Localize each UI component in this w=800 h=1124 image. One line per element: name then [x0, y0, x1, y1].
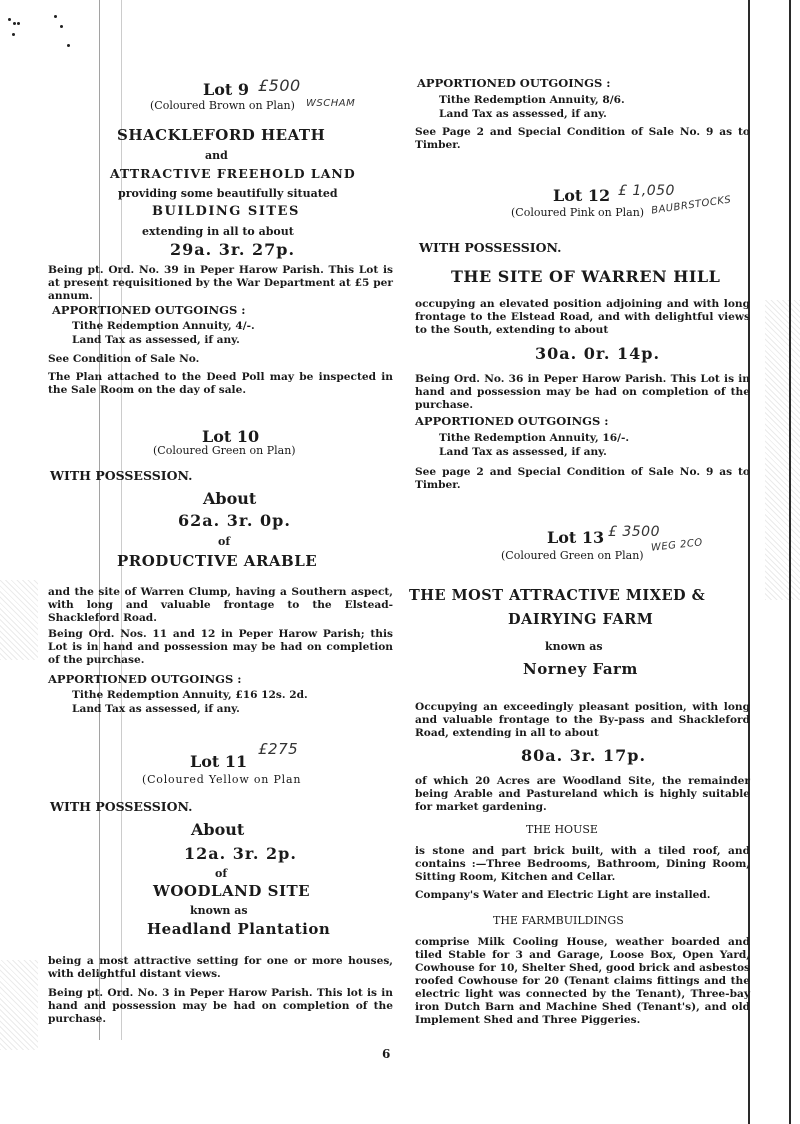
- catalogue-page: Lot 9 £500 (Coloured Brown on Plan) WSCH…: [0, 0, 800, 1124]
- scan-speck: [67, 44, 70, 47]
- lot-10-outgoings-heading: APPORTIONED OUTGOINGS :: [48, 672, 242, 686]
- lot-11-about: About: [191, 820, 244, 839]
- lot-13-heading-dairying-farm: DAIRYING FARM: [508, 611, 653, 628]
- scan-noise: [765, 300, 800, 600]
- lot-13-farmbuildings-heading: THE FARMBUILDINGS: [493, 914, 624, 927]
- lot-13-land-use: of which 20 Acres are Woodland Site, the…: [415, 775, 750, 814]
- page-number: 6: [382, 1047, 390, 1061]
- lot-13-heading-mixed: THE MOST ATTRACTIVE MIXED &: [409, 587, 705, 604]
- lot-9-land-tax: Land Tax as assessed, if any.: [48, 334, 240, 347]
- lot-12-tithe: Tithe Redemption Annuity, 16/-.: [415, 432, 629, 445]
- lot-10-possession: WITH POSSESSION.: [50, 468, 192, 483]
- lot-12-timber-note: See page 2 and Special Condition of Sale…: [415, 466, 750, 492]
- scan-noise: [0, 580, 38, 660]
- lot-11-land-tax: Land Tax as assessed, if any.: [415, 108, 607, 121]
- lot-9-extending: extending in all to about: [142, 225, 294, 238]
- lot-11-label: Lot 11: [190, 752, 247, 771]
- lot-11-timber-note: See Page 2 and Special Condition of Sale…: [415, 126, 750, 152]
- lot-13-farmbuildings-description: comprise Milk Cooling House, weather boa…: [415, 936, 750, 1027]
- scan-speck: [12, 33, 15, 36]
- lot-9-plan-note: The Plan attached to the Deed Poll may b…: [48, 371, 393, 397]
- lot-9-providing: providing some beautifully situated: [118, 187, 338, 200]
- lot-9-label: Lot 9: [203, 80, 249, 99]
- lot-10-plan-colour: (Coloured Green on Plan): [153, 444, 296, 457]
- lot-10-tithe: Tithe Redemption Annuity, £16 12s. 2d.: [48, 689, 308, 702]
- lot-13-house-description: is stone and part brick built, with a ti…: [415, 845, 750, 884]
- lot-11-heading-woodland-site: WOODLAND SITE: [153, 882, 310, 900]
- lot-12-area: 30a. 0r. 14p.: [535, 344, 660, 363]
- scan-speck: [8, 18, 11, 21]
- lot-12-outgoings-heading: APPORTIONED OUTGOINGS :: [415, 414, 609, 428]
- scan-fold-line: [99, 0, 100, 1040]
- lot-9-plan-colour: (Coloured Brown on Plan): [150, 99, 295, 112]
- scan-speck: [13, 22, 16, 25]
- lot-9-and: and: [205, 149, 228, 162]
- lot-13-label: Lot 13: [547, 528, 604, 547]
- lot-12-ord-note: Being Ord. No. 36 in Peper Harow Parish.…: [415, 373, 750, 412]
- lot-13-known-as: known as: [545, 640, 603, 653]
- lot-10-heading-productive-arable: PRODUCTIVE ARABLE: [117, 552, 317, 570]
- lot-9-heading-freehold-land: ATTRACTIVE FREEHOLD LAND: [110, 166, 356, 181]
- lot-13-handwritten-price: £ 3500: [608, 524, 660, 540]
- lot-12-label: Lot 12: [553, 186, 610, 205]
- lot-11-outgoings-heading: APPORTIONED OUTGOINGS :: [417, 76, 611, 90]
- lot-9-handwritten-price: £500: [258, 76, 301, 95]
- lot-11-area: 12a. 3r. 2p.: [184, 844, 297, 863]
- lot-10-of: of: [218, 535, 230, 548]
- lot-11-tithe: Tithe Redemption Annuity, 8/6.: [415, 94, 625, 107]
- scan-speck: [60, 25, 63, 28]
- lot-12-possession: WITH POSSESSION.: [419, 240, 561, 255]
- lot-11-known-as: known as: [190, 904, 248, 917]
- lot-9-handwritten-buyer: WSCHAM: [306, 98, 355, 109]
- lot-12-handwritten-price: £ 1,050: [618, 183, 675, 199]
- lot-11-possession: WITH POSSESSION.: [50, 799, 192, 814]
- scan-speck: [54, 15, 57, 18]
- lot-13-area: 80a. 3r. 17p.: [521, 746, 646, 765]
- lot-10-area: 62a. 3r. 0p.: [178, 511, 291, 530]
- lot-13-house-heading: THE HOUSE: [526, 823, 598, 836]
- lot-9-description: Being pt. Ord. No. 39 in Peper Harow Par…: [48, 264, 393, 303]
- lot-13-plan-colour: (Coloured Green on Plan): [501, 549, 644, 562]
- scan-speck: [17, 22, 20, 25]
- lot-9-area: 29a. 3r. 27p.: [170, 240, 295, 259]
- lot-9-tithe: Tithe Redemption Annuity, 4/-.: [48, 320, 255, 333]
- lot-11-plan-colour: (Coloured Yellow on Plan: [142, 773, 301, 786]
- lot-12-heading-warren-hill: THE SITE OF WARREN HILL: [451, 267, 720, 286]
- lot-10-land-tax: Land Tax as assessed, if any.: [48, 703, 240, 716]
- lot-9-heading-shackleford-heath: SHACKLEFORD HEATH: [117, 126, 325, 144]
- lot-12-description: occupying an elevated position adjoining…: [415, 298, 750, 337]
- lot-12-plan-colour: (Coloured Pink on Plan): [511, 206, 644, 219]
- lot-11-handwritten-price: £275: [258, 740, 298, 758]
- lot-9-heading-building-sites: BUILDING SITES: [152, 204, 300, 219]
- lot-13-services: Company's Water and Electric Light are i…: [415, 889, 710, 902]
- lot-13-name-norney-farm: Norney Farm: [523, 660, 638, 678]
- scan-fold-line: [121, 0, 122, 1040]
- lot-10-ord-note: Being Ord. Nos. 11 and 12 in Peper Harow…: [48, 628, 393, 667]
- lot-9-condition: See Condition of Sale No.: [48, 353, 199, 366]
- lot-9-outgoings-heading: APPORTIONED OUTGOINGS :: [52, 303, 246, 317]
- lot-12-land-tax: Land Tax as assessed, if any.: [415, 446, 607, 459]
- lot-13-description: Occupying an exceedingly pleasant positi…: [415, 701, 750, 740]
- lot-11-description: being a most attractive setting for one …: [48, 955, 393, 981]
- lot-11-name-headland-plantation: Headland Plantation: [147, 920, 330, 938]
- lot-11-of: of: [215, 867, 227, 880]
- page-edge-line: [789, 0, 791, 1124]
- lot-11-ord-note: Being pt. Ord. No. 3 in Peper Harow Pari…: [48, 987, 393, 1026]
- lot-10-description: and the site of Warren Clump, having a S…: [48, 586, 393, 625]
- lot-10-about: About: [203, 489, 256, 508]
- scan-noise: [0, 960, 38, 1050]
